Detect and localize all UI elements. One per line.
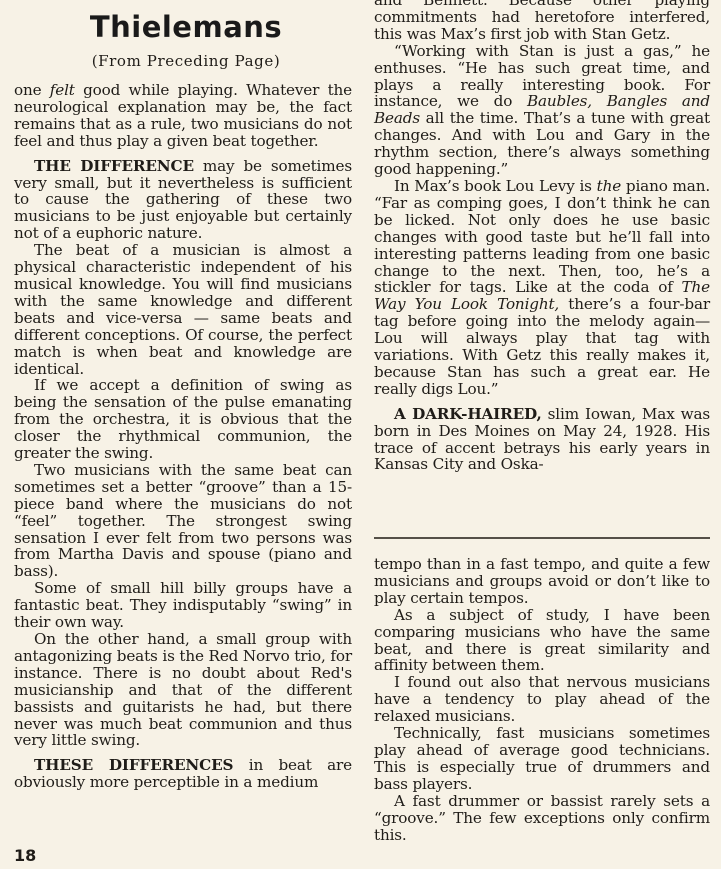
emphasis: the bbox=[597, 177, 621, 195]
text: piano man. “Far as comping goes, I don’t… bbox=[374, 177, 710, 296]
right-column-bottom: tempo than in a fast tempo, and quite a … bbox=[374, 556, 710, 843]
paragraph: I found out also that nervous musicians … bbox=[374, 674, 710, 725]
emphasis: felt bbox=[50, 81, 75, 99]
paragraph: Technically, fast musicians sometimes pl… bbox=[374, 725, 710, 793]
right-column-top: and Bennett. Because other playing commi… bbox=[374, 0, 710, 473]
left-column: one felt good while playing. Whatever th… bbox=[14, 82, 352, 791]
paragraph: A DARK-HAIRED, slim Iowan, Max was born … bbox=[374, 406, 710, 474]
paragraph: THESE DIFFERENCES in beat are obviously … bbox=[14, 757, 352, 791]
paragraph: tempo than in a fast tempo, and quite a … bbox=[374, 556, 710, 607]
paragraph: As a subject of study, I have been compa… bbox=[374, 607, 710, 675]
section-lead: A DARK-HAIRED, bbox=[394, 405, 542, 423]
magazine-page: Thielemans (From Preceding Page) one fel… bbox=[0, 0, 721, 869]
section-lead: THE DIFFERENCE bbox=[34, 157, 194, 175]
paragraph: On the other hand, a small group with an… bbox=[14, 631, 352, 749]
paragraph: In Max’s book Lou Levy is the piano man.… bbox=[374, 178, 710, 398]
column-divider-rule bbox=[374, 537, 710, 539]
paragraph: Some of small hill billy groups have a f… bbox=[14, 580, 352, 631]
paragraph: Two musicians with the same beat can som… bbox=[14, 462, 352, 580]
text: one bbox=[14, 81, 50, 99]
paragraph: THE DIFFERENCE may be sometimes very sma… bbox=[14, 158, 352, 243]
page-number: 18 bbox=[14, 846, 36, 865]
continuation-note: (From Preceding Page) bbox=[0, 52, 372, 70]
paragraph: and Bennett. Because other playing commi… bbox=[374, 0, 710, 43]
text: all the time. That’s a tune with great c… bbox=[374, 109, 710, 178]
paragraph: “Working with Stan is just a gas,” he en… bbox=[374, 43, 710, 178]
text: In Max’s book Lou Levy is bbox=[394, 177, 597, 195]
article-title: Thielemans bbox=[0, 10, 372, 44]
paragraph: A fast drummer or bassist rarely sets a … bbox=[374, 793, 710, 844]
paragraph: one felt good while playing. Whatever th… bbox=[14, 82, 352, 150]
paragraph: The beat of a musician is almost a physi… bbox=[14, 242, 352, 377]
section-lead: THESE DIFFERENCES bbox=[34, 756, 233, 774]
paragraph: If we accept a definition of swing as be… bbox=[14, 377, 352, 462]
